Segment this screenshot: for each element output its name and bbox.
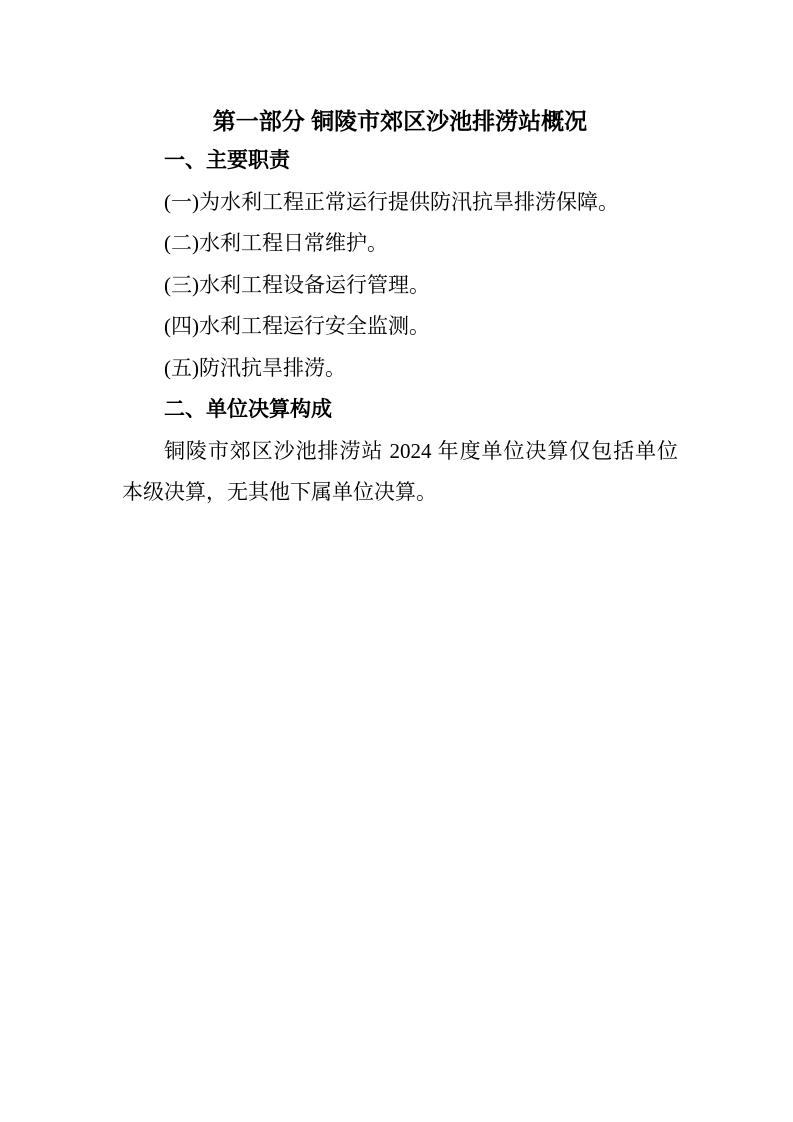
section-1-paragraph-5: (五)防汛抗旱排涝。	[122, 348, 678, 390]
section-2-heading: 二、单位决算构成	[122, 389, 678, 431]
document-title: 第一部分 铜陵市郊区沙池排涝站概况	[122, 0, 678, 138]
document-page: 第一部分 铜陵市郊区沙池排涝站概况 一、主要职责 (一)为水利工程正常运行提供防…	[0, 0, 793, 1122]
section-1-paragraph-2: (二)水利工程日常维护。	[122, 223, 678, 265]
section-1-paragraph-1: (一)为水利工程正常运行提供防汛抗旱排涝保障。	[122, 182, 678, 224]
section-1-heading: 一、主要职责	[122, 140, 678, 182]
section-2-paragraph-1: 铜陵市郊区沙池排涝站 2024 年度单位决算仅包括单位本级决算，无其他下属单位决…	[122, 431, 678, 514]
section-1-paragraph-3: (三)水利工程设备运行管理。	[122, 265, 678, 307]
document-content: 第一部分 铜陵市郊区沙池排涝站概况 一、主要职责 (一)为水利工程正常运行提供防…	[122, 0, 678, 514]
section-1-paragraph-4: (四)水利工程运行安全监测。	[122, 306, 678, 348]
